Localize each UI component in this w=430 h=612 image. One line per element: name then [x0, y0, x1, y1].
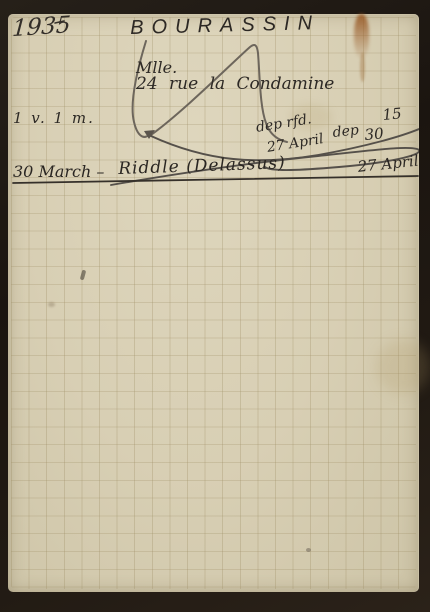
ink-speck [80, 270, 86, 281]
refund-date: 27 April [266, 132, 324, 155]
address-label: 24 rue la Condamine [136, 76, 334, 93]
book-title: Riddle (Delassus) [118, 155, 286, 178]
member-name: BOURASSIN [130, 13, 320, 38]
subscription-amount: 30 [364, 126, 384, 143]
edge-stain [376, 340, 430, 394]
grid-ruling [11, 17, 416, 589]
rust-stain [354, 14, 369, 58]
checkout-date: 30 March – [13, 164, 104, 180]
subscription-terms: 1 v. 1 m. [13, 111, 95, 126]
pen-scribble [8, 14, 419, 592]
paper-speck [48, 302, 55, 307]
paper-speck-2 [306, 548, 311, 552]
dep-label: dep [332, 123, 360, 140]
lending-card: 1935 BOURASSIN Mlle. 24 rue la Condamine… [8, 14, 419, 592]
return-date: 27 April [357, 154, 419, 175]
scribble-arrowhead [144, 130, 155, 139]
deposit-refund-note: dep rfd. [255, 112, 312, 135]
deposit-amount: 15 [382, 106, 402, 123]
rust-stain-tail [360, 52, 365, 82]
year-label: 1935 [11, 14, 71, 41]
